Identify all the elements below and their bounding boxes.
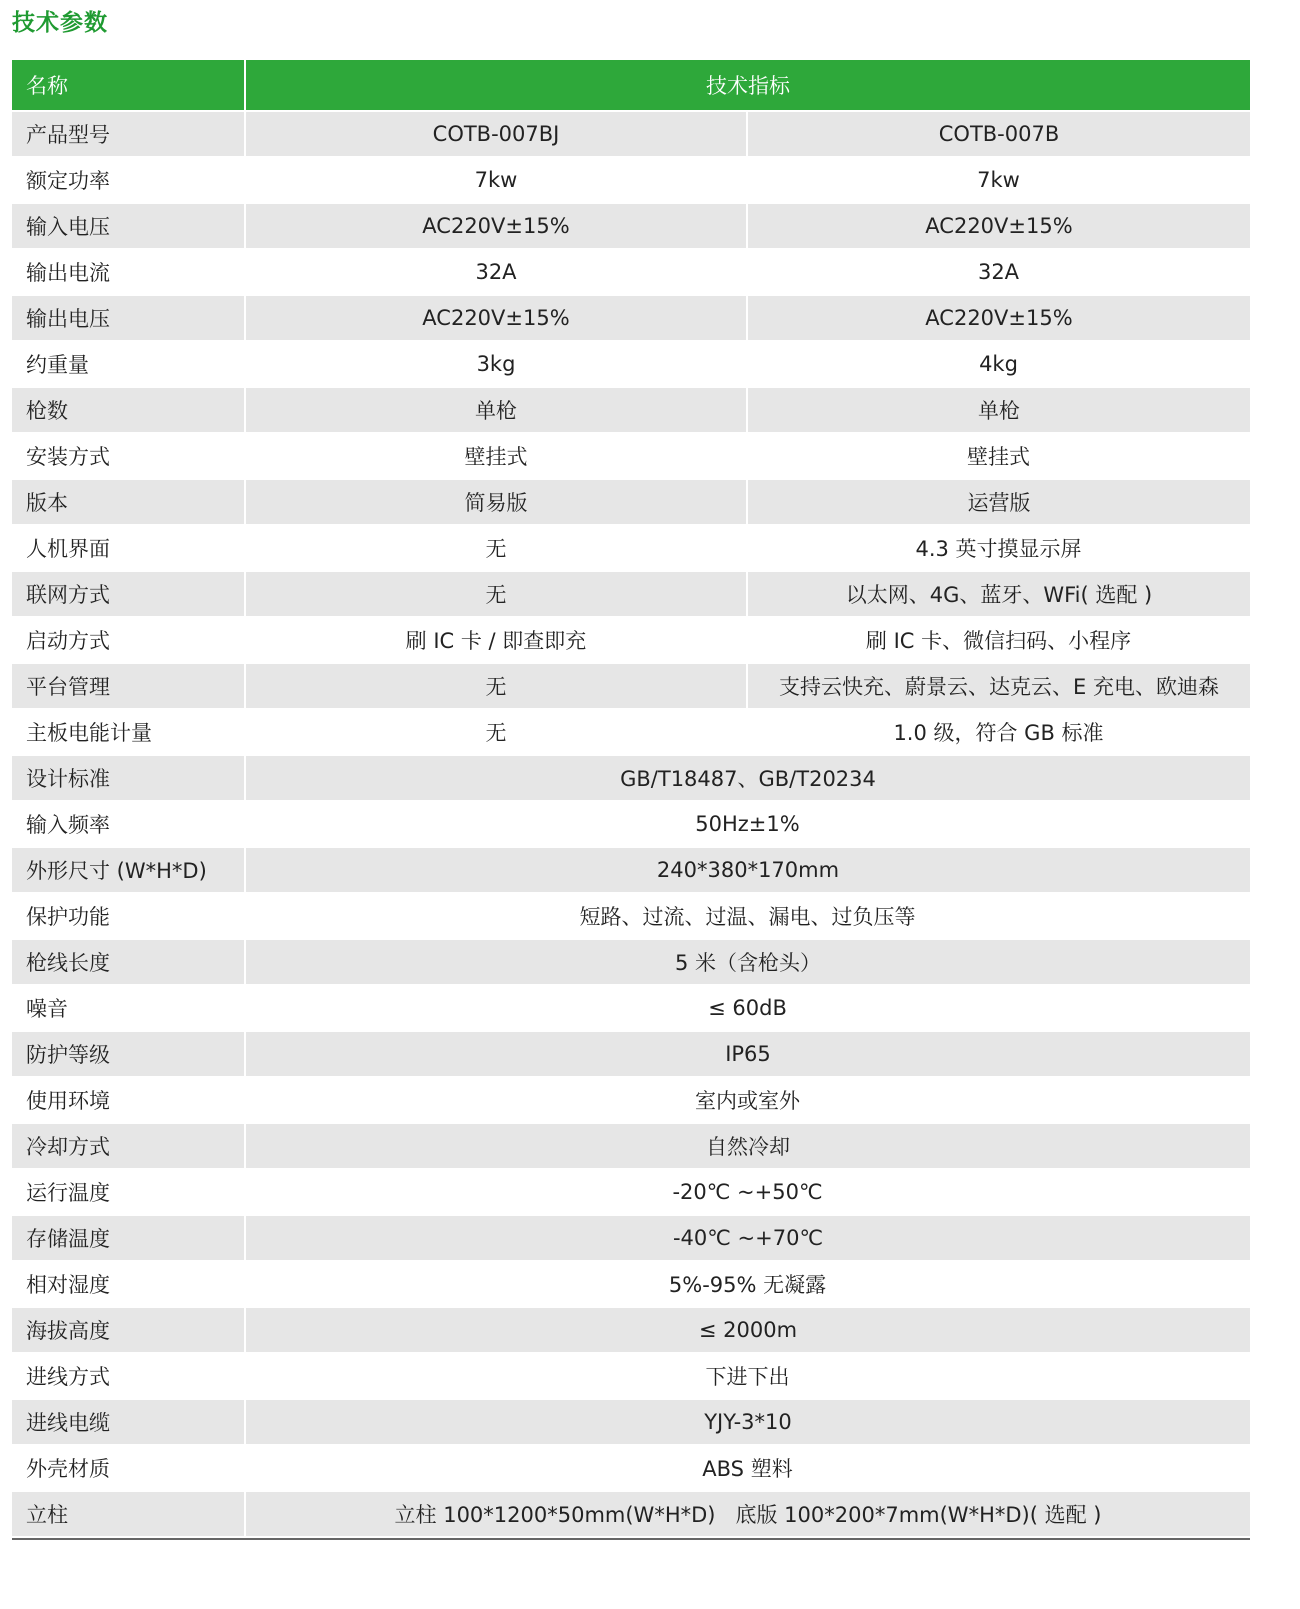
value-model-b: 刷 IC 卡、微信扫码、小程序 [747, 617, 1250, 663]
value-model-bj: AC220V±15% [245, 295, 747, 341]
value-model-bj: 无 [245, 525, 747, 571]
table-row: 枪数单枪单枪 [12, 387, 1250, 433]
header-spec: 技术指标 [245, 60, 1250, 111]
value-model-bj: 无 [245, 709, 747, 755]
row-value: 5 米（含枪头） [245, 939, 1250, 985]
row-value: 室内或室外 [245, 1077, 1250, 1123]
value-model-bj: 刷 IC 卡 / 即查即充 [245, 617, 747, 663]
value-model-b: 运营版 [747, 479, 1250, 525]
row-label: 相对湿度 [12, 1261, 245, 1307]
table-row: 主板电能计量无1.0 级，符合 GB 标准 [12, 709, 1250, 755]
section-title: 技术参数 [12, 4, 108, 37]
value-model-b: AC220V±15% [747, 203, 1250, 249]
row-label: 进线方式 [12, 1353, 245, 1399]
table-row: 平台管理无支持云快充、蔚景云、达克云、E 充电、欧迪森 [12, 663, 1250, 709]
value-model-bj: COTB-007BJ [245, 111, 747, 157]
table-row: 使用环境室内或室外 [12, 1077, 1250, 1123]
table-row: 枪线长度5 米（含枪头） [12, 939, 1250, 985]
row-label: 立柱 [12, 1491, 245, 1537]
value-model-bj: 壁挂式 [245, 433, 747, 479]
table-row: 噪音≤ 60dB [12, 985, 1250, 1031]
table-row: 约重量3kg4kg [12, 341, 1250, 387]
value-model-b: 4kg [747, 341, 1250, 387]
table-row: 进线电缆YJY-3*10 [12, 1399, 1250, 1445]
row-label: 海拔高度 [12, 1307, 245, 1353]
row-label: 运行温度 [12, 1169, 245, 1215]
value-model-b: COTB-007B [747, 111, 1250, 157]
value-model-b: 32A [747, 249, 1250, 295]
row-label: 外形尺寸 (W*H*D) [12, 847, 245, 893]
row-label: 冷却方式 [12, 1123, 245, 1169]
table-row: 启动方式刷 IC 卡 / 即查即充刷 IC 卡、微信扫码、小程序 [12, 617, 1250, 663]
row-label: 版本 [12, 479, 245, 525]
row-value: ≤ 60dB [245, 985, 1250, 1031]
row-label: 安装方式 [12, 433, 245, 479]
value-model-b: 以太网、4G、蓝牙、WFi( 选配 ) [747, 571, 1250, 617]
table-row: 防护等级IP65 [12, 1031, 1250, 1077]
row-label: 额定功率 [12, 157, 245, 203]
value-model-b: 1.0 级，符合 GB 标准 [747, 709, 1250, 755]
row-label: 使用环境 [12, 1077, 245, 1123]
table-row: 版本简易版运营版 [12, 479, 1250, 525]
row-label: 输入电压 [12, 203, 245, 249]
bottom-rule [12, 1538, 1250, 1540]
value-model-b: 壁挂式 [747, 433, 1250, 479]
table-row: 输入频率50Hz±1% [12, 801, 1250, 847]
row-label: 外壳材质 [12, 1445, 245, 1491]
row-label: 输入频率 [12, 801, 245, 847]
table-row: 额定功率7kw7kw [12, 157, 1250, 203]
table-row: 人机界面无4.3 英寸摸显示屏 [12, 525, 1250, 571]
row-value: 短路、过流、过温、漏电、过负压等 [245, 893, 1250, 939]
row-label: 产品型号 [12, 111, 245, 157]
table-row: 冷却方式自然冷却 [12, 1123, 1250, 1169]
table-header-row: 名称 技术指标 [12, 60, 1250, 111]
row-label: 存储温度 [12, 1215, 245, 1261]
value-model-bj: 单枪 [245, 387, 747, 433]
row-label: 保护功能 [12, 893, 245, 939]
row-label: 噪音 [12, 985, 245, 1031]
value-model-bj: 简易版 [245, 479, 747, 525]
row-value: ABS 塑料 [245, 1445, 1250, 1491]
table-row: 外形尺寸 (W*H*D)240*380*170mm [12, 847, 1250, 893]
row-value: 5%-95% 无凝露 [245, 1261, 1250, 1307]
row-label: 联网方式 [12, 571, 245, 617]
row-value: -20℃ ~+50℃ [245, 1169, 1250, 1215]
row-label: 枪线长度 [12, 939, 245, 985]
value-model-bj: 无 [245, 663, 747, 709]
row-value: -40℃ ~+70℃ [245, 1215, 1250, 1261]
value-model-bj: 32A [245, 249, 747, 295]
value-model-bj: 3kg [245, 341, 747, 387]
row-label: 枪数 [12, 387, 245, 433]
row-value: IP65 [245, 1031, 1250, 1077]
row-value: 自然冷却 [245, 1123, 1250, 1169]
row-value: 立柱 100*1200*50mm(W*H*D) 底版 100*200*7mm(W… [245, 1491, 1250, 1537]
value-model-b: AC220V±15% [747, 295, 1250, 341]
row-value: GB/T18487、GB/T20234 [245, 755, 1250, 801]
header-name: 名称 [12, 60, 245, 111]
row-label: 防护等级 [12, 1031, 245, 1077]
row-value: 50Hz±1% [245, 801, 1250, 847]
table-row: 保护功能短路、过流、过温、漏电、过负压等 [12, 893, 1250, 939]
row-label: 启动方式 [12, 617, 245, 663]
row-label: 设计标准 [12, 755, 245, 801]
row-label: 输出电压 [12, 295, 245, 341]
value-model-b: 支持云快充、蔚景云、达克云、E 充电、欧迪森 [747, 663, 1250, 709]
row-label: 进线电缆 [12, 1399, 245, 1445]
value-model-bj: 无 [245, 571, 747, 617]
table-row: 存储温度-40℃ ~+70℃ [12, 1215, 1250, 1261]
row-label: 平台管理 [12, 663, 245, 709]
value-model-b: 7kw [747, 157, 1250, 203]
table-row: 输出电压AC220V±15%AC220V±15% [12, 295, 1250, 341]
row-value: 240*380*170mm [245, 847, 1250, 893]
row-label: 主板电能计量 [12, 709, 245, 755]
value-model-bj: 7kw [245, 157, 747, 203]
value-model-b: 4.3 英寸摸显示屏 [747, 525, 1250, 571]
row-value: YJY-3*10 [245, 1399, 1250, 1445]
table-row: 进线方式下进下出 [12, 1353, 1250, 1399]
row-label: 输出电流 [12, 249, 245, 295]
row-value: ≤ 2000m [245, 1307, 1250, 1353]
table-row: 设计标准GB/T18487、GB/T20234 [12, 755, 1250, 801]
row-value: 下进下出 [245, 1353, 1250, 1399]
table-row: 运行温度-20℃ ~+50℃ [12, 1169, 1250, 1215]
value-model-b: 单枪 [747, 387, 1250, 433]
table-row: 立柱立柱 100*1200*50mm(W*H*D) 底版 100*200*7mm… [12, 1491, 1250, 1537]
spec-table: 名称 技术指标 产品型号COTB-007BJCOTB-007B额定功率7kw7k… [12, 60, 1250, 1538]
table-row: 外壳材质ABS 塑料 [12, 1445, 1250, 1491]
table-row: 产品型号COTB-007BJCOTB-007B [12, 111, 1250, 157]
table-row: 海拔高度≤ 2000m [12, 1307, 1250, 1353]
table-row: 安装方式壁挂式壁挂式 [12, 433, 1250, 479]
row-label: 约重量 [12, 341, 245, 387]
table-row: 输入电压AC220V±15%AC220V±15% [12, 203, 1250, 249]
row-label: 人机界面 [12, 525, 245, 571]
table-row: 联网方式无以太网、4G、蓝牙、WFi( 选配 ) [12, 571, 1250, 617]
value-model-bj: AC220V±15% [245, 203, 747, 249]
table-row: 输出电流32A32A [12, 249, 1250, 295]
table-row: 相对湿度5%-95% 无凝露 [12, 1261, 1250, 1307]
